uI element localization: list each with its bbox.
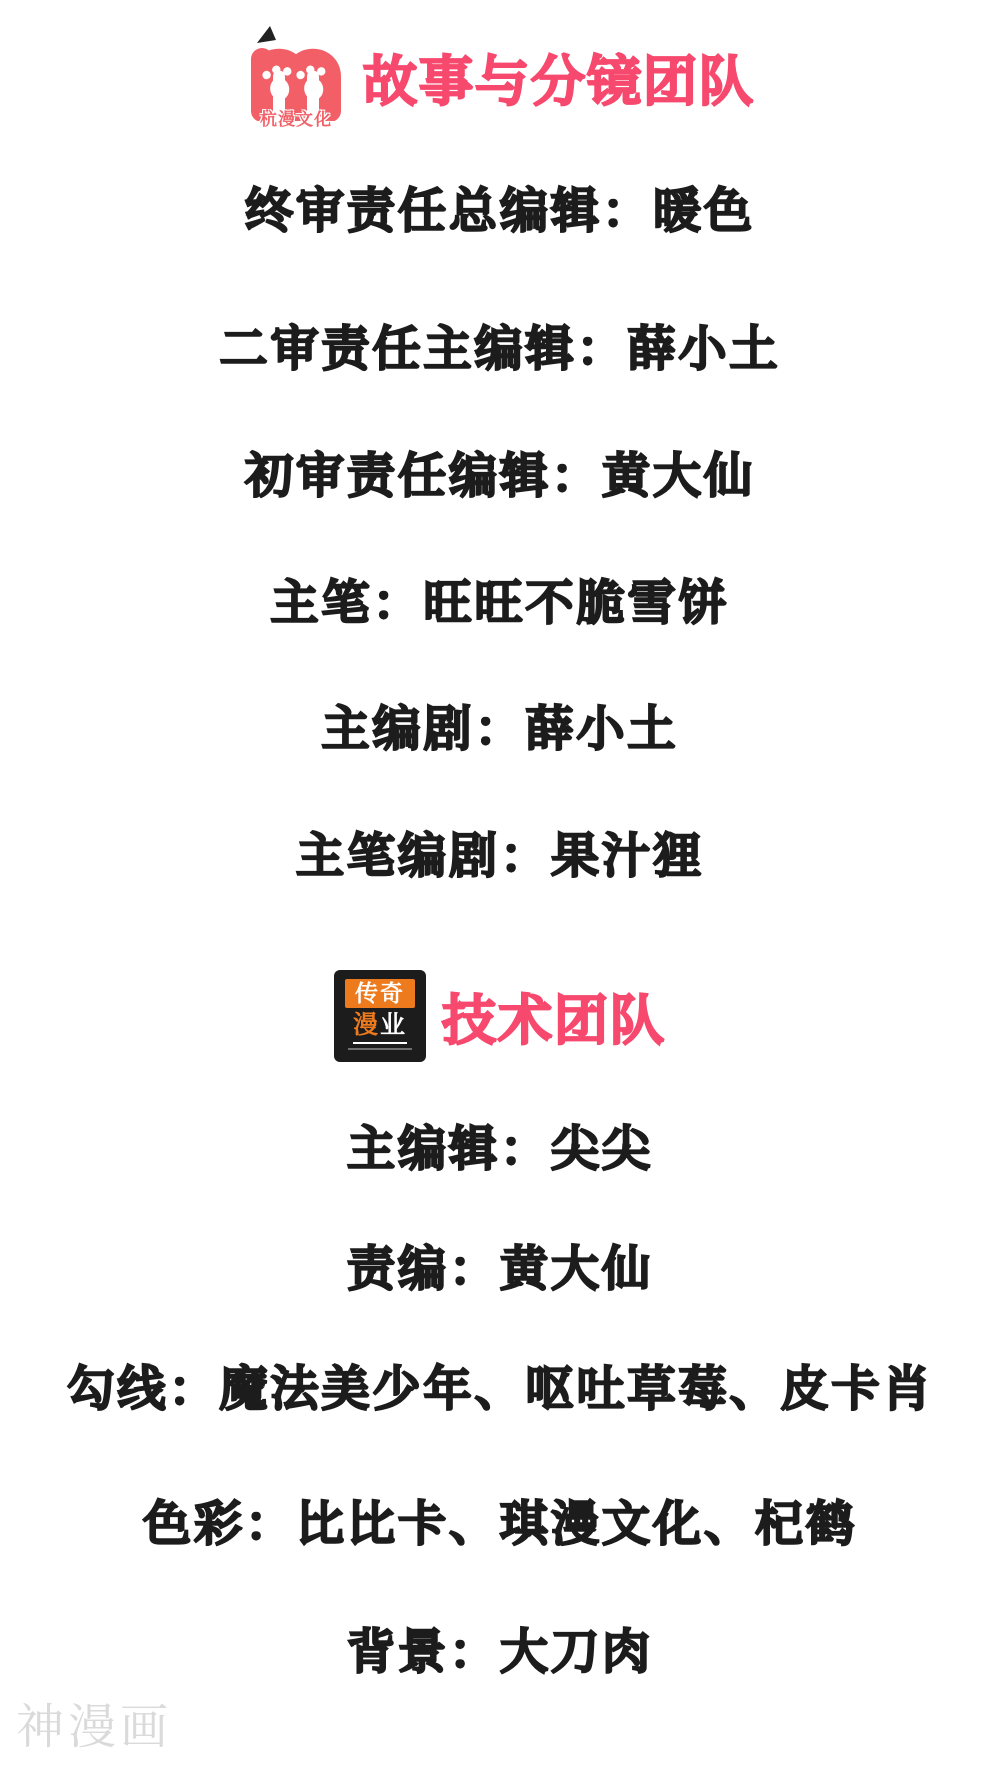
chuanqi-manye-logo: 传奇 漫业 [334,970,426,1062]
credit-line-second-editor: 二审责任主编辑：薛小土 [0,318,1000,382]
credit-line-lead-writer: 主编剧：薛小土 [0,698,1000,762]
credit-line-background: 背景：大刀肉 [0,1621,1000,1685]
tech-team-header: 传奇 漫业 技术团队 [0,966,1000,1066]
site-watermark: 神漫画 [16,1700,172,1756]
logo-fineprint-bar [348,1048,412,1050]
credit-line-lead-artist: 主笔：旺旺不脆雪饼 [0,572,1000,636]
hangman-culture-logo: 杭漫文化 [245,25,347,130]
logo-brand-text: 杭漫文化 [260,105,332,130]
credits-page: 杭漫文化 故事与分镜团队 终审责任总编辑：暖色 二审责任主编辑：薛小土 初审责任… [0,0,1000,1774]
credit-line-artist-writer: 主笔编剧：果汁狸 [0,825,1000,889]
story-team-title: 故事与分镜团队 [363,39,755,116]
credit-line-responsible-editor: 责编：黄大仙 [0,1238,1000,1302]
logo-top-text: 传奇 [345,979,415,1008]
tech-team-title: 技术团队 [442,978,666,1055]
story-team-header: 杭漫文化 故事与分镜团队 [0,20,1000,134]
credit-line-first-editor: 初审责任编辑：黄大仙 [0,445,1000,509]
pencil-tip-icon [257,26,276,43]
credit-line-chief-editor: 主编辑：尖尖 [0,1118,1000,1182]
logo-bottom-text: 漫业 [353,1012,407,1044]
credit-line-lineart: 勾线：魔法美少年、呕吐草莓、皮卡肖 [0,1358,1000,1422]
credit-line-final-editor: 终审责任总编辑：暖色 [0,180,1000,244]
credit-line-color: 色彩：比比卡、琪漫文化、杞鹤 [0,1493,1000,1557]
